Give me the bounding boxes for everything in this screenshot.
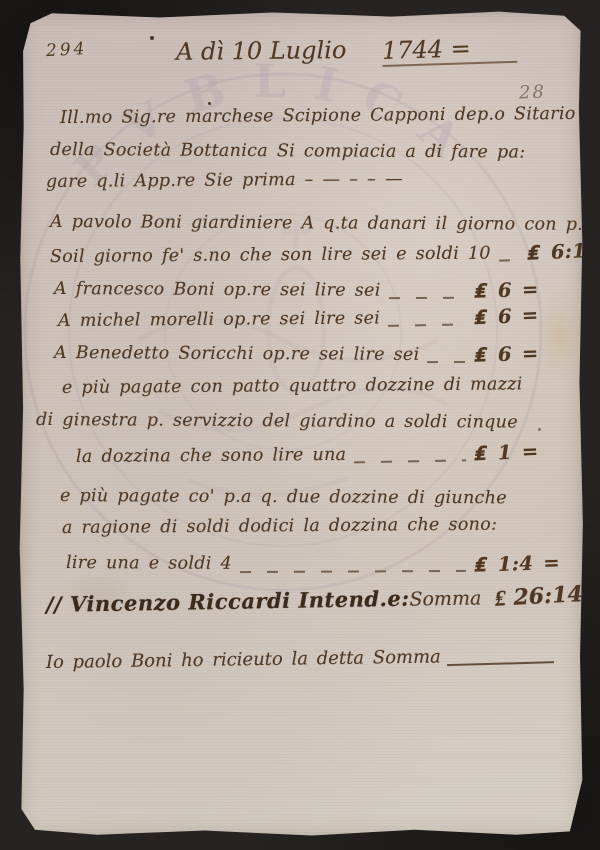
entry-line: Soil giorno fe' s.no che son lire sei e … — [50, 240, 560, 276]
entry-line: a ragione di soldi dodici la dozzina che… — [62, 514, 560, 550]
line-text: A michel morelli op.re sei lire sei — [58, 308, 380, 331]
entry-line: e più pagate con patto quattro dozzine d… — [62, 374, 560, 410]
archival-corner-number: 28 — [519, 82, 547, 104]
line-text: A Benedetto Soricchi op.re sei lire sei — [54, 343, 420, 365]
line-text: Ill.mo Sig.re marchese Scipione Capponi … — [60, 104, 576, 128]
photograph-of-manuscript: { "page": { "folio_number": "294", "corn… — [0, 0, 600, 850]
amount-value: ₤ 6:10 = — [526, 238, 600, 265]
salutation-line: Ill.mo Sig.re marchese Scipione Capponi … — [60, 104, 560, 140]
receipt-acknowledgement-line: Io paolo Boni ho ricieuto la detta Somma — [46, 645, 560, 684]
line-text: e più pagate co' p.a q. due dozzine di g… — [60, 486, 507, 508]
dash-leader — [240, 551, 466, 584]
entry-line: A Benedetto Soricchi op.re sei lire sei … — [54, 340, 560, 375]
dash-leader — [427, 342, 466, 374]
line-text: della Società Bottanica Si compiacia a d… — [50, 140, 526, 162]
line-text: A pavolo Boni giardiniere A q.ta danari … — [50, 212, 594, 235]
line-text: A francesco Boni op.re sei lire sei — [54, 279, 381, 301]
amount-value: ₤ 1:4 = — [474, 551, 561, 577]
signature-row: ∕∕ Vincenzo Riccardi Intend.e: Somma ₤ 2… — [46, 583, 561, 632]
entry-line: la dozzina che sono lire una ₤ 1 = — [76, 440, 560, 476]
amount-value: ₤ 6 = — [474, 341, 561, 367]
trailing-line — [446, 644, 554, 679]
line-text: e più pagate con patto quattro dozzine d… — [62, 374, 523, 398]
line-text: Io paolo Boni ho ricieuto la detta Somma — [46, 646, 441, 673]
entry-line: lire una e soldi 4 ₤ 1:4 = — [66, 550, 560, 585]
manuscript-page: PVBLICA 294 A dì 10 Luglio 1744 = 28 Ill… — [18, 10, 584, 838]
salutation-line: gare q.li App.re Sie prima – — – – — — [46, 168, 560, 204]
date-header: A dì 10 Luglio 1744 = — [176, 34, 517, 68]
entry-line: di ginestra p. servizzio del giardino a … — [36, 410, 560, 445]
sum-label: Somma — [409, 587, 481, 610]
amount-value: ₤ 6 = — [474, 277, 561, 303]
amount-value: ₤ 1 = — [473, 439, 560, 466]
entry-line: A michel morelli op.re sei lire sei ₤ 6 … — [58, 304, 560, 340]
dash-leader — [354, 440, 466, 474]
amount-value: ₤ 6 = — [473, 303, 560, 330]
line-text: a ragione di soldi dodici la dozzina che… — [62, 515, 497, 538]
dash-leader — [388, 304, 466, 337]
dash-leader — [499, 240, 520, 272]
paper-speck — [150, 36, 154, 40]
date-year: 1744 = — [382, 33, 518, 67]
sum-amount: ₤ 26:14 — [495, 581, 584, 612]
manuscript-body: Ill.mo Sig.re marchese Scipione Capponi … — [46, 108, 560, 684]
paper-speck — [208, 102, 211, 105]
line-text: gare q.li App.re Sie prima – — – – — — [46, 169, 403, 192]
line-text: la dozzina che sono lire una — [76, 445, 347, 467]
folio-number: 294 — [46, 39, 88, 61]
signature: ∕∕ Vincenzo Riccardi Intend.e: — [46, 586, 410, 617]
line-text: lire una e soldi 4 — [66, 553, 232, 574]
date-text: A dì 10 Luglio — [176, 36, 347, 68]
line-text: di ginestra p. servizzio del giardino a … — [36, 410, 518, 433]
line-text: Soil giorno fe' s.no che son lire sei e … — [50, 244, 491, 267]
